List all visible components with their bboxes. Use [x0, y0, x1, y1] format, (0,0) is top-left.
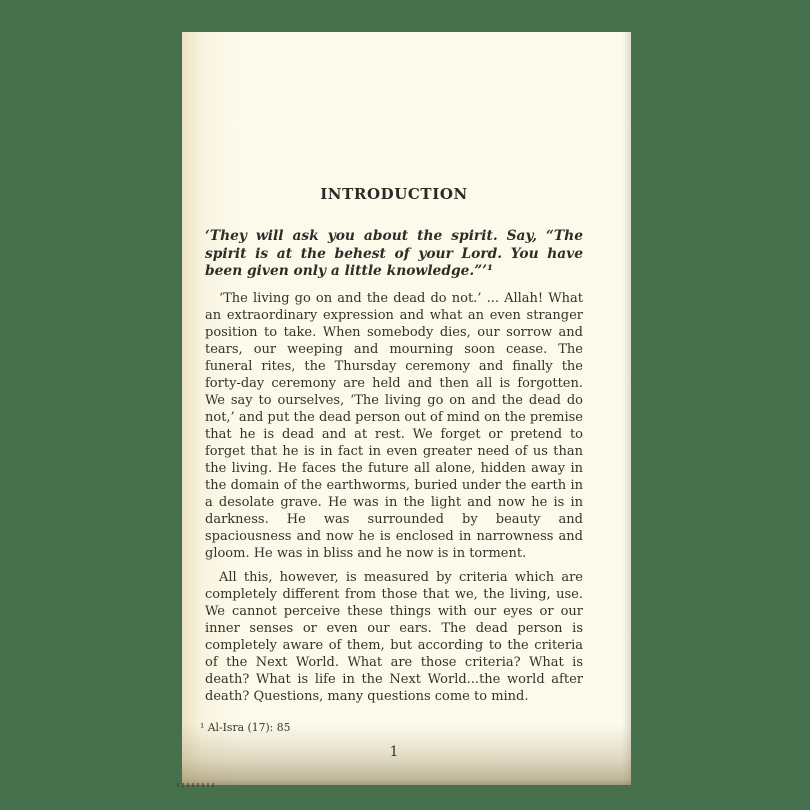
page-number: 1	[205, 744, 583, 760]
chapter-title: INTRODUCTION	[205, 185, 583, 203]
body-paragraph-2: All this, however, is measured by criter…	[205, 569, 583, 705]
body-paragraph-1: ‘The living go on and the dead do not.’ …	[205, 290, 583, 562]
book-page: INTRODUCTION ‘They will ask you about th…	[182, 32, 631, 785]
epigraph-quote: ‘They will ask you about the spirit. Say…	[205, 228, 583, 281]
scan-artifact-dashes	[177, 783, 215, 787]
text-column: INTRODUCTION ‘They will ask you about th…	[205, 32, 583, 760]
footnote: ¹ Al-Isra (17): 85	[200, 721, 583, 734]
scanned-book-photo: INTRODUCTION ‘They will ask you about th…	[0, 0, 810, 810]
